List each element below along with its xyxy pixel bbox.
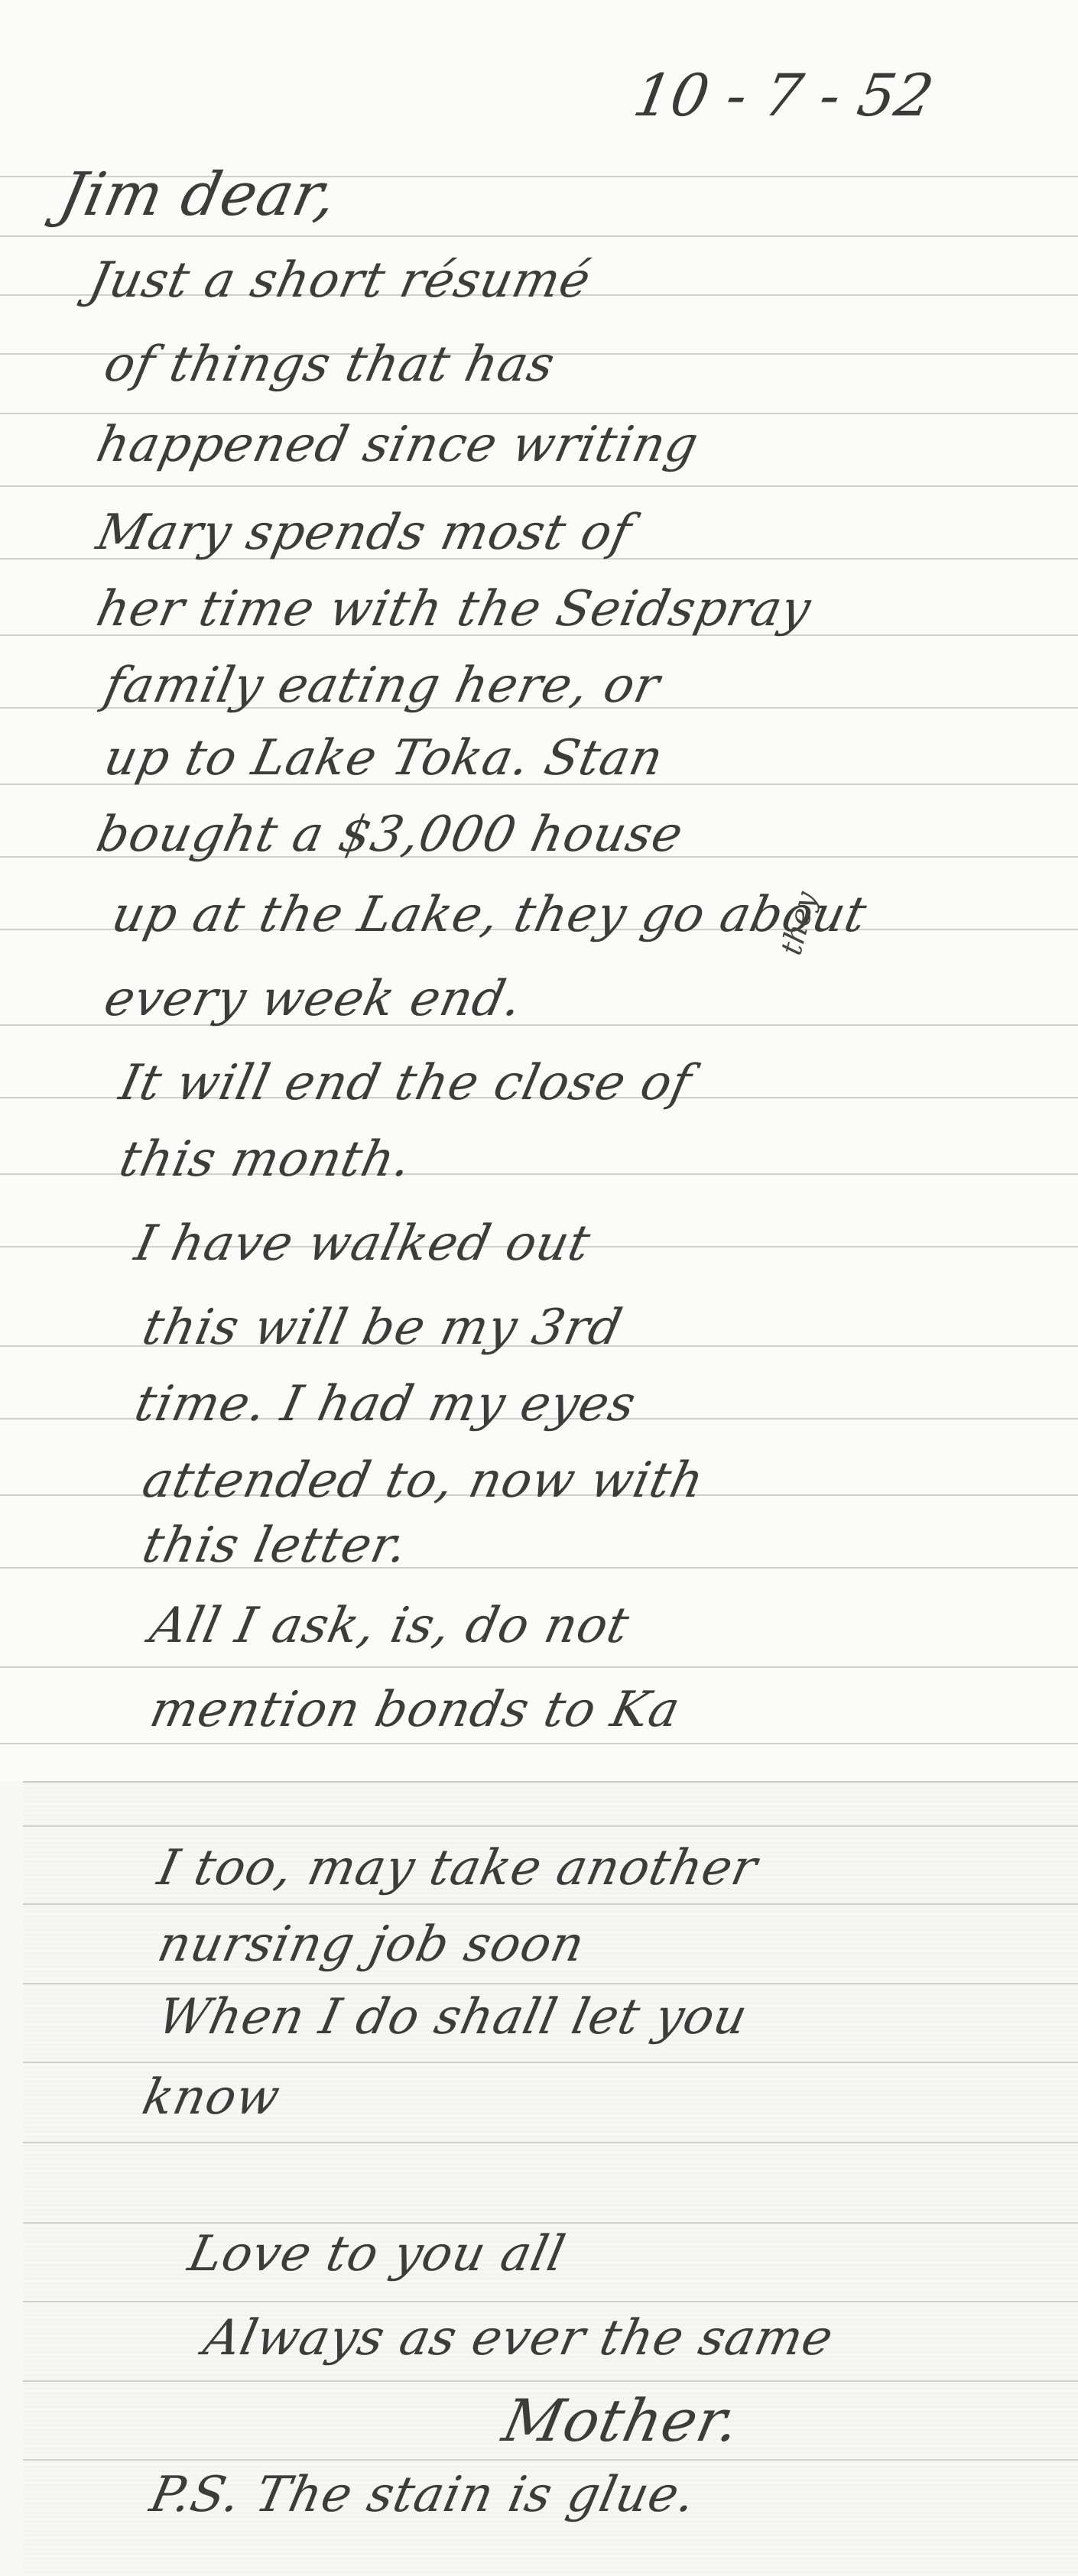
salutation: Jim dear,: [54, 161, 343, 229]
ruled-line: [23, 1825, 1078, 1827]
body-line: I too, may take another: [153, 1840, 762, 1896]
body-line: this month.: [115, 1131, 417, 1188]
postscript: P.S. The stain is glue.: [145, 2467, 701, 2523]
body-line: bought a $3,000 house: [92, 806, 688, 863]
body-line: attended to, now with: [138, 1452, 709, 1509]
ruled-line: [23, 2459, 1078, 2461]
body-line: happened since writing: [92, 417, 703, 473]
body-line: up at the Lake, they go about: [107, 887, 872, 943]
ruled-line: [0, 235, 1078, 237]
body-line: mention bonds to Ka: [145, 1682, 685, 1738]
letter-date: 10 - 7 - 52: [628, 61, 938, 129]
ruled-line: [23, 1983, 1078, 1984]
ruled-line: [0, 1666, 1078, 1668]
ruled-line: [0, 413, 1078, 414]
body-line: It will end the close of: [115, 1055, 696, 1111]
body-line: know: [138, 2069, 285, 2126]
ruled-line: [23, 2301, 1078, 2302]
signature: Mother.: [497, 2386, 746, 2454]
body-line: nursing job soon: [153, 1916, 589, 1973]
closing-line: Always as ever the same: [199, 2310, 839, 2367]
body-line: family eating here, or: [99, 657, 665, 714]
body-line: All I ask, is, do not: [145, 1598, 635, 1654]
ruled-line: [23, 2380, 1078, 2382]
ruled-line: [0, 1743, 1078, 1744]
body-line: When I do shall let you: [153, 1989, 752, 2046]
body-line: every week end.: [99, 971, 528, 1027]
closing-line: Love to you all: [183, 2226, 570, 2282]
letter-sheet-lower: I too, may take another nursing job soon…: [23, 1781, 1078, 2576]
body-line: this letter.: [138, 1517, 413, 1574]
ruled-line: [0, 485, 1078, 487]
body-line: time. I had my eyes: [130, 1376, 641, 1432]
body-line: Just a short résumé: [84, 252, 596, 309]
body-line: Mary spends most of: [92, 504, 637, 561]
body-line: her time with the Seidspray: [92, 581, 816, 638]
ruled-line: [23, 2222, 1078, 2224]
letter-sheet-upper: 10 - 7 - 52 Jim dear, Just a short résum…: [0, 0, 1078, 1781]
body-line: I have walked out: [130, 1215, 596, 1272]
body-line: this will be my 3rd: [138, 1299, 628, 1356]
ruled-line: [23, 1903, 1078, 1905]
body-line: up to Lake Toka. Stan: [99, 730, 668, 787]
ruled-line: [23, 2142, 1078, 2143]
body-line: of things that has: [99, 336, 560, 393]
ruled-line: [23, 2062, 1078, 2063]
